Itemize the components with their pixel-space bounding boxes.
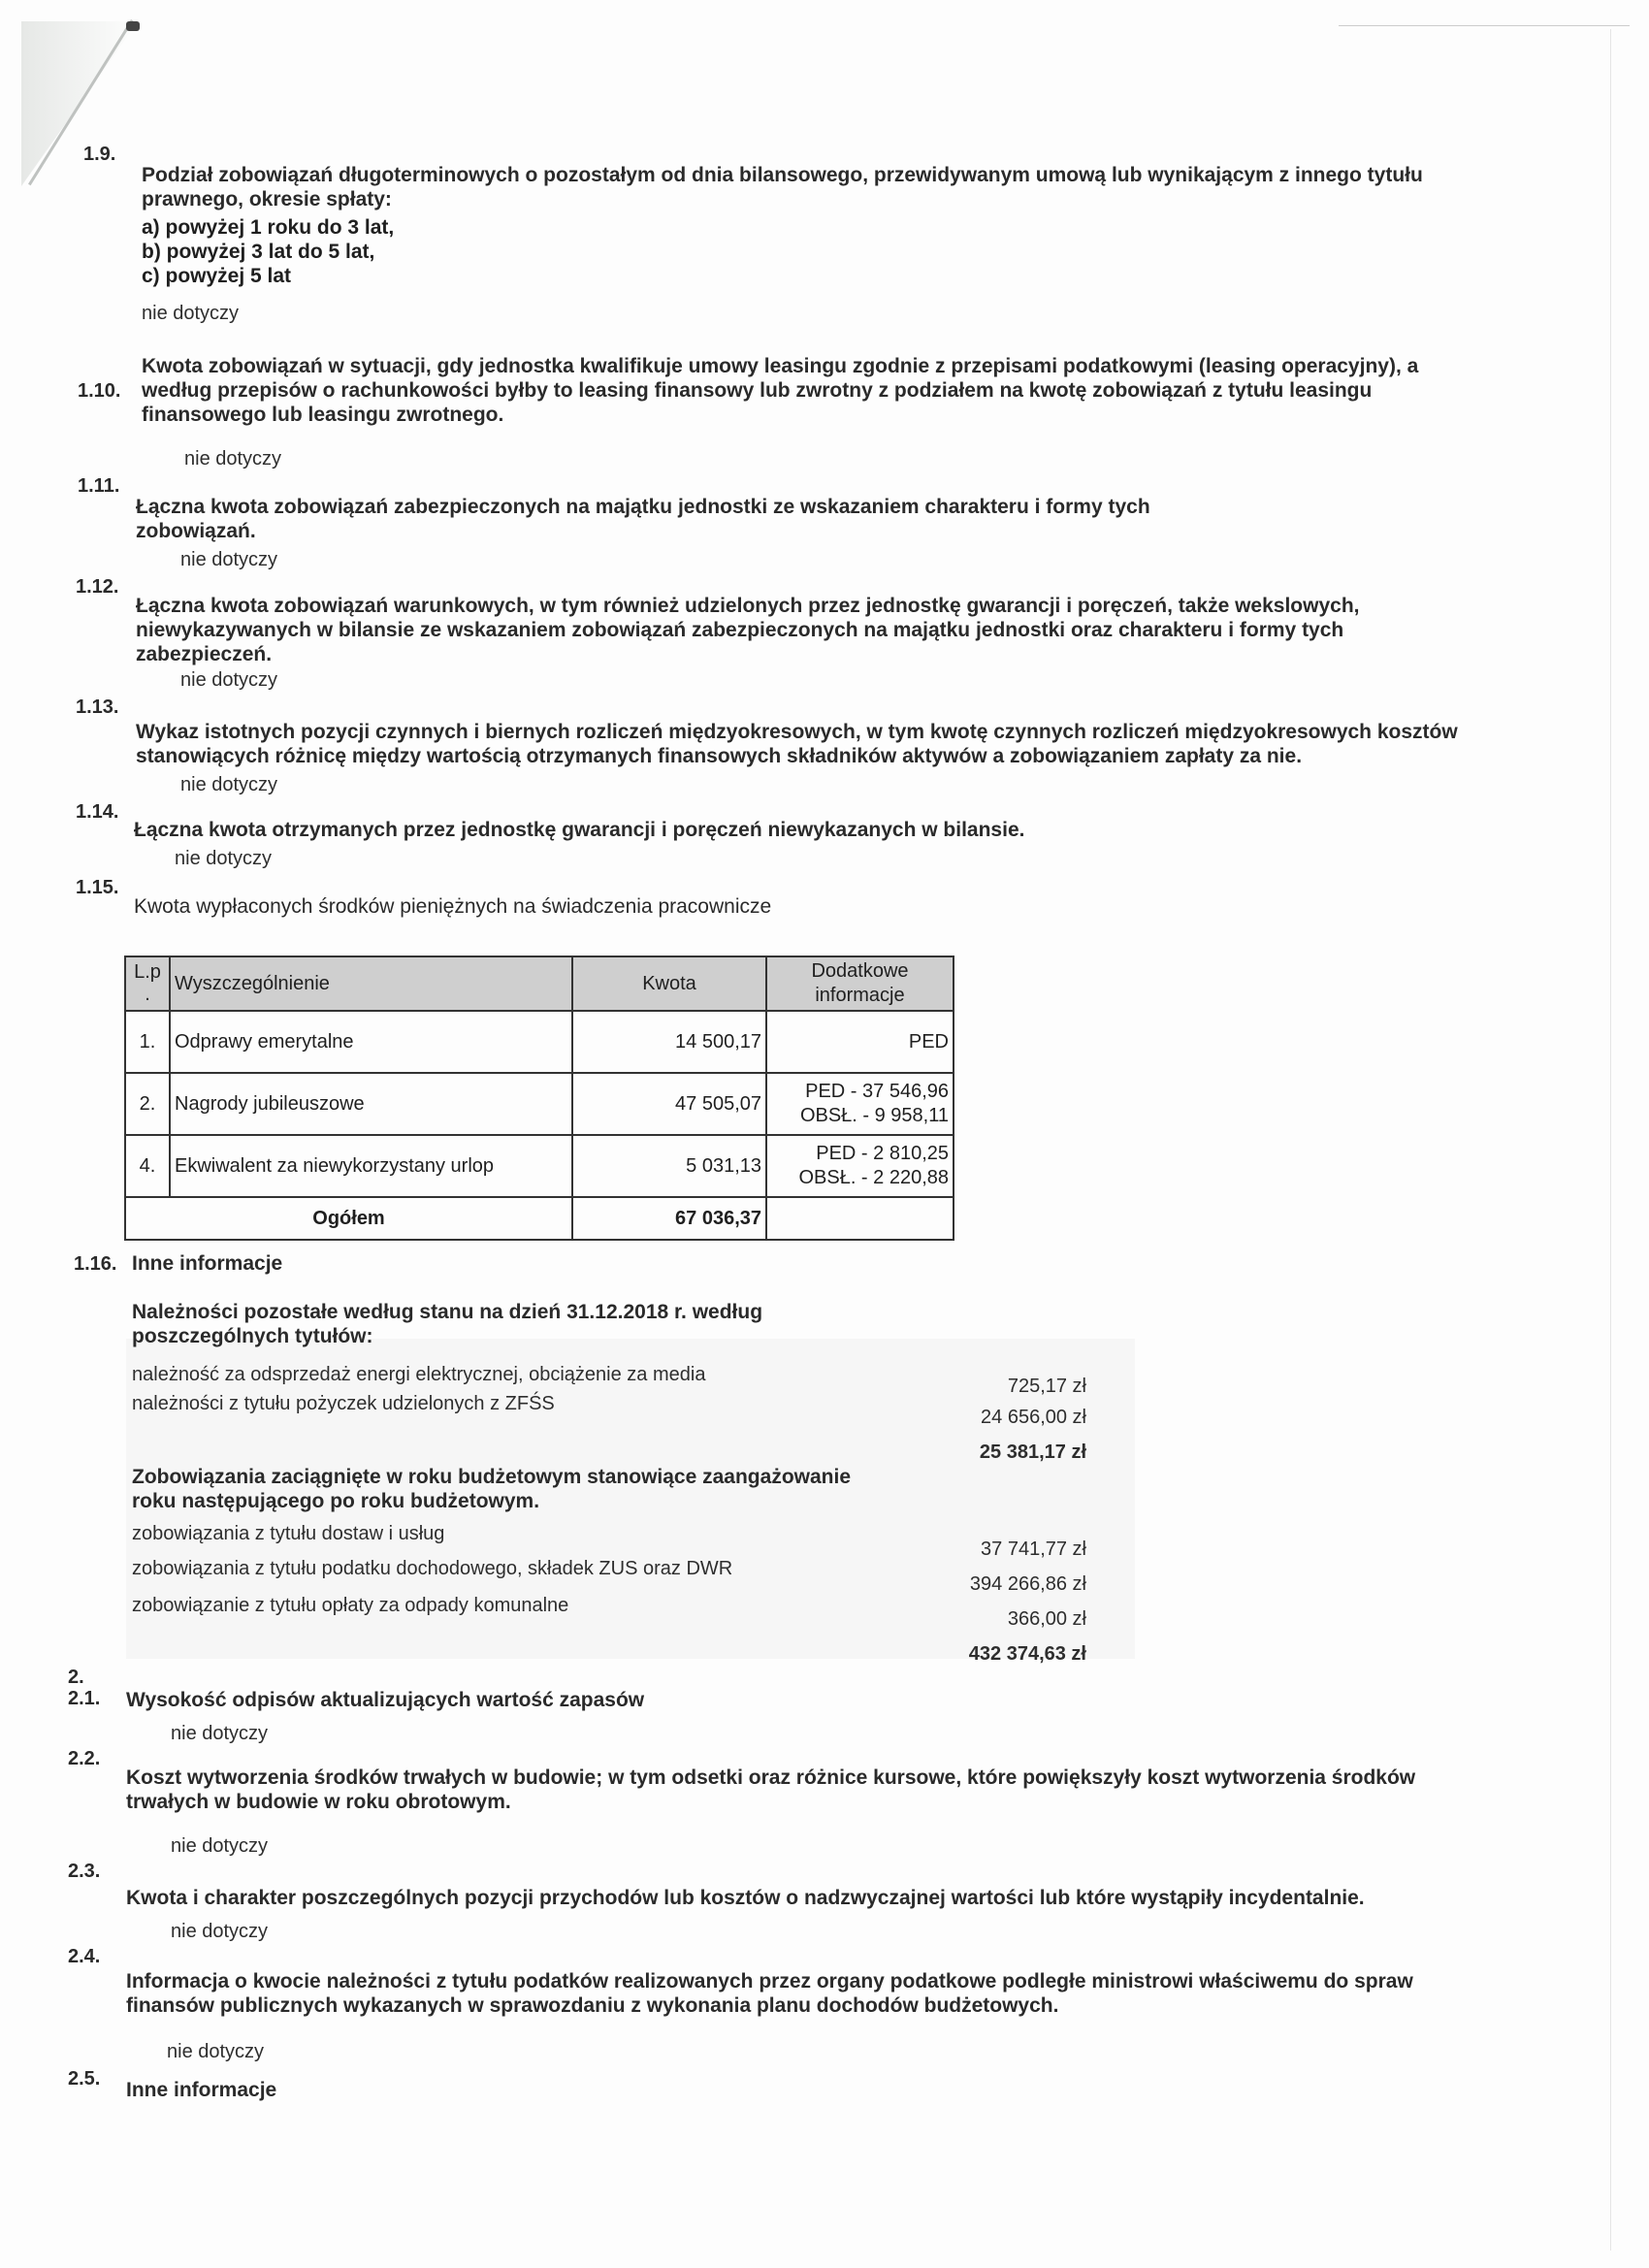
answer-text: nie dotyczy <box>180 669 277 692</box>
answer-text: nie dotyczy <box>171 1835 268 1858</box>
section-heading: Podział zobowiązań długoterminowych o po… <box>142 163 1423 211</box>
list-item: b) powyżej 3 lat do 5 lat, <box>142 240 394 264</box>
table-row: 2. Nagrody jubileuszowe 47 505,07 PED - … <box>125 1073 954 1135</box>
section-number: 1.14. <box>76 801 118 824</box>
section-heading: Kwota wypłaconych środków pieniężnych na… <box>134 894 771 919</box>
section-heading: Wykaz istotnych pozycji czynnych i biern… <box>136 720 1458 768</box>
section-number: 1.12. <box>76 576 118 599</box>
answer-text: nie dotyczy <box>142 303 239 325</box>
liability-value: 394 266,86 zł <box>892 1573 1086 1596</box>
section-number: 2.3. <box>68 1861 100 1883</box>
answer-text: nie dotyczy <box>171 1921 268 1943</box>
table-row: 4. Ekwiwalent za niewykorzystany urlop 5… <box>125 1135 954 1197</box>
section-heading: Kwota zobowiązań w sytuacji, gdy jednost… <box>142 354 1418 427</box>
liability-label: zobowiązania z tytułu dostaw i usług <box>132 1523 444 1545</box>
col-header-lp: L.p . <box>125 956 170 1011</box>
section-number: 1.13. <box>76 697 118 719</box>
section-heading: Łączna kwota otrzymanych przez jednostkę… <box>134 818 1024 842</box>
section-number: 1.11. <box>78 475 119 498</box>
liability-value: 37 741,77 zł <box>892 1539 1086 1561</box>
section-heading: Łączna kwota zobowiązań zabezpieczonych … <box>136 495 1150 543</box>
section-number: 2.4. <box>68 1946 100 1968</box>
answer-text: nie dotyczy <box>171 1723 268 1745</box>
col-header-desc: Wyszczególnienie <box>170 956 572 1011</box>
section-number: 1.15. <box>76 877 118 899</box>
section-heading: Kwota i charakter poszczególnych pozycji… <box>126 1886 1365 1910</box>
answer-text: nie dotyczy <box>180 774 277 796</box>
answer-text: nie dotyczy <box>184 448 281 470</box>
answer-text: nie dotyczy <box>167 2041 264 2063</box>
table-row: 1. Odprawy emerytalne 14 500,17 PED <box>125 1011 954 1073</box>
receivable-value: 24 656,00 zł <box>892 1407 1086 1429</box>
section-number: 2.5. <box>68 2068 100 2090</box>
divider <box>1339 25 1630 26</box>
section-number: 2.1. <box>68 1688 100 1710</box>
section-heading: Informacja o kwocie należności z tytułu … <box>126 1969 1413 2018</box>
table-total-row: Ogółem 67 036,37 <box>125 1197 954 1240</box>
section-heading: Łączna kwota zobowiązań warunkowych, w t… <box>136 594 1360 666</box>
receivables-total: 25 381,17 zł <box>892 1442 1086 1464</box>
period-list: a) powyżej 1 roku do 3 lat, b) powyżej 3… <box>142 215 394 288</box>
section-number: 1.16. <box>74 1253 116 1276</box>
section-heading: Wysokość odpisów aktualizujących wartość… <box>126 1688 644 1712</box>
col-header-amount: Kwota <box>572 956 766 1011</box>
table-header-row: L.p . Wyszczególnienie Kwota Dodatkowe i… <box>125 956 954 1011</box>
liability-label: zobowiązanie z tytułu opłaty za odpady k… <box>132 1595 568 1617</box>
list-item: c) powyżej 5 lat <box>142 264 394 288</box>
scan-staple-mark <box>126 21 140 31</box>
col-header-info: Dodatkowe informacje <box>766 956 954 1011</box>
receivable-value: 725,17 zł <box>892 1376 1086 1398</box>
receivable-label: należności z tytułu pożyczek udzielonych… <box>132 1393 555 1415</box>
answer-text: nie dotyczy <box>180 549 277 571</box>
divider <box>1610 29 1611 2251</box>
liability-value: 366,00 zł <box>892 1608 1086 1631</box>
receivables-title: Należności pozostałe według stanu na dzi… <box>132 1300 762 1348</box>
liability-label: zobowiązania z tytułu podatku dochodoweg… <box>132 1558 732 1580</box>
section-heading: Inne informacje <box>126 2078 276 2102</box>
section-number: 2. <box>68 1667 84 1689</box>
section-heading: Inne informacje <box>132 1251 282 1276</box>
answer-text: nie dotyczy <box>175 848 272 870</box>
section-number: 1.9. <box>83 144 115 166</box>
section-number: 1.10. <box>78 380 120 403</box>
section-number: 2.2. <box>68 1748 100 1770</box>
list-item: a) powyżej 1 roku do 3 lat, <box>142 215 394 240</box>
employee-benefits-table: L.p . Wyszczególnienie Kwota Dodatkowe i… <box>124 956 954 1241</box>
liabilities-title: Zobowiązania zaciągnięte w roku budżetow… <box>132 1465 851 1513</box>
section-heading: Koszt wytworzenia środków trwałych w bud… <box>126 1766 1415 1814</box>
liabilities-total: 432 374,63 zł <box>892 1643 1086 1666</box>
receivable-label: należność za odsprzedaż energi elektrycz… <box>132 1364 705 1386</box>
